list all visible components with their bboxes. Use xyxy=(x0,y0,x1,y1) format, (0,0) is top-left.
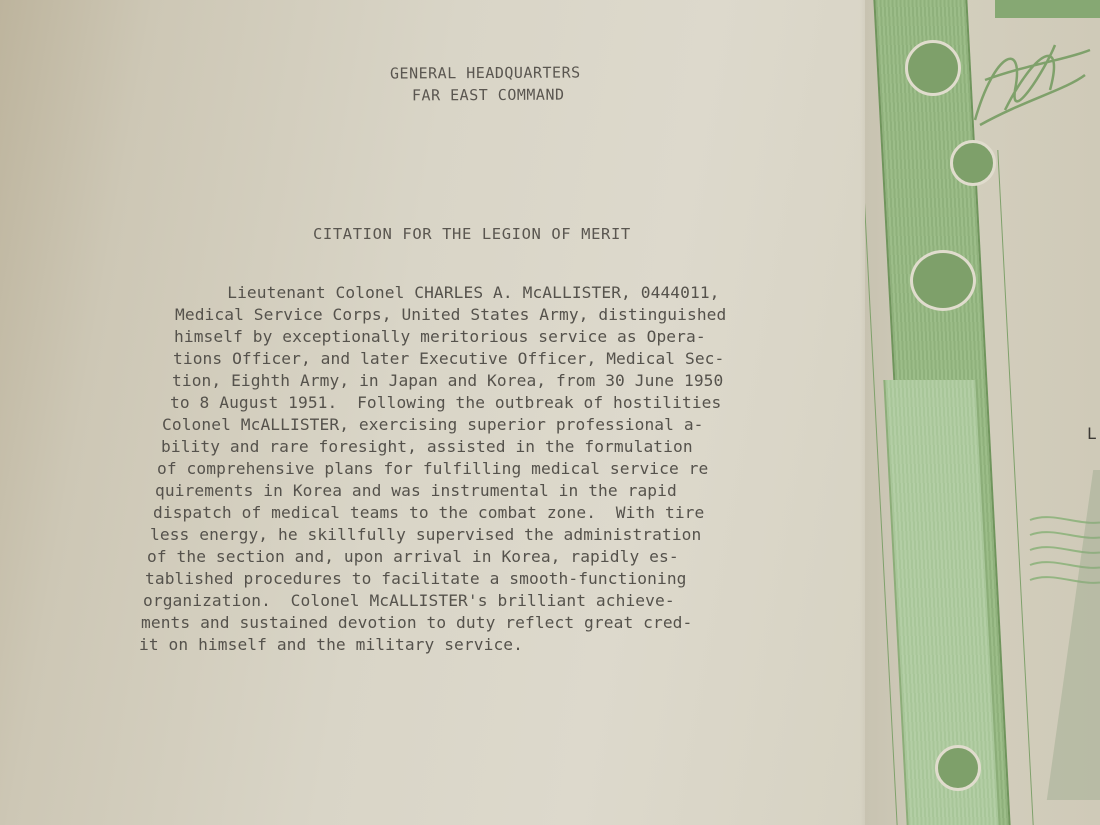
body-line: to 8 August 1951. Following the outbreak… xyxy=(170,393,721,412)
body-line: Lieutenant Colonel CHARLES A. McALLISTER… xyxy=(178,283,720,302)
certificate-page: L xyxy=(865,0,1100,825)
calligraphic-flourish-icon xyxy=(965,30,1095,140)
body-line: bility and rare foresight, assisted in t… xyxy=(161,437,693,456)
body-line: tions Officer, and later Executive Offic… xyxy=(173,349,724,368)
body-line: tablished procedures to facilitate a smo… xyxy=(145,569,687,588)
acanthus-scroll-ornament xyxy=(935,745,981,791)
header-far-east-command: FAR EAST COMMAND xyxy=(412,86,565,105)
body-line: quirements in Korea and was instrumental… xyxy=(155,481,677,500)
body-line: it on himself and the military service. xyxy=(139,635,523,654)
body-line: dispatch of medical teams to the combat … xyxy=(153,503,704,522)
citation-title: CITATION FOR THE LEGION OF MERIT xyxy=(313,225,631,243)
body-line: of comprehensive plans for fulfilling me… xyxy=(157,459,708,478)
acanthus-scroll-ornament xyxy=(950,140,996,186)
body-line: himself by exceptionally meritorious ser… xyxy=(174,327,706,346)
body-line: organization. Colonel McALLISTER's brill… xyxy=(143,591,675,610)
citation-page: GENERAL HEADQUARTERS FAR EAST COMMAND CI… xyxy=(0,0,880,825)
certificate-partial-text: L xyxy=(1087,424,1097,443)
body-line: less energy, he skillfully supervised th… xyxy=(150,525,701,544)
body-line: ments and sustained devotion to duty ref… xyxy=(141,613,692,632)
body-line: Colonel McALLISTER, exercising superior … xyxy=(162,415,704,434)
frame-top-bar xyxy=(995,0,1100,18)
acanthus-scroll-ornament xyxy=(910,250,976,311)
acanthus-scroll-ornament xyxy=(905,40,961,96)
body-line: of the section and, upon arrival in Kore… xyxy=(147,547,679,566)
body-line: Medical Service Corps, United States Arm… xyxy=(175,305,726,324)
body-line: tion, Eighth Army, in Japan and Korea, f… xyxy=(172,371,723,390)
header-general-headquarters: GENERAL HEADQUARTERS xyxy=(390,64,581,83)
